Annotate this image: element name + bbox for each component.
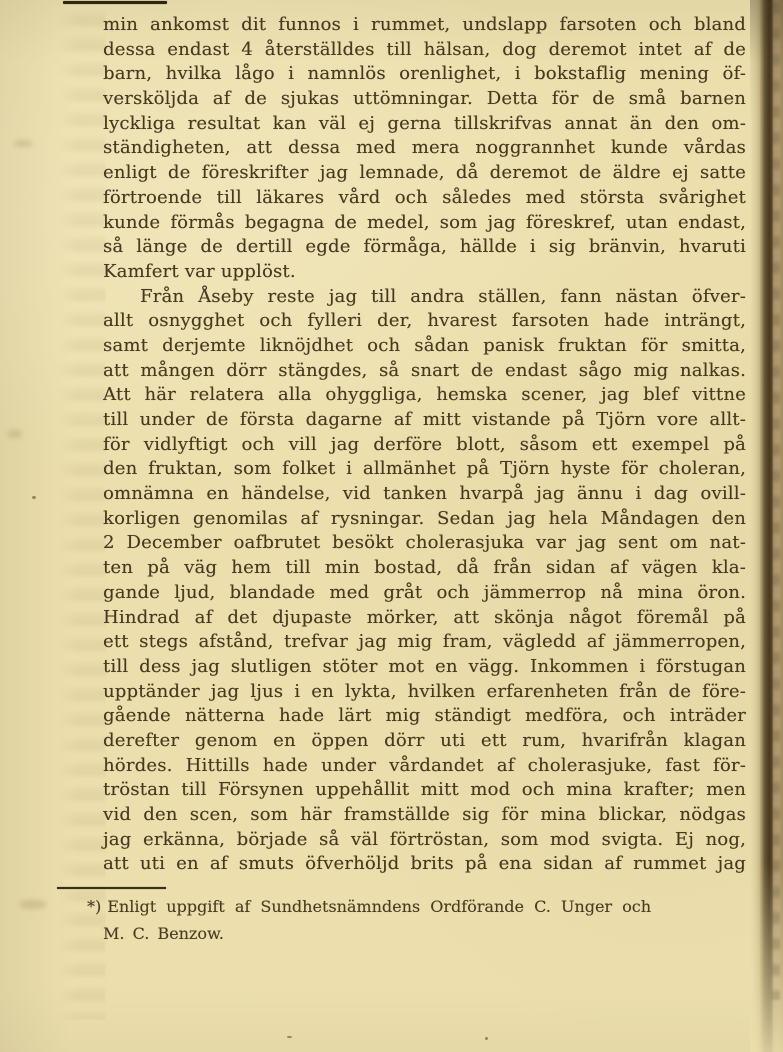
paper-speck	[287, 1036, 292, 1038]
bleed-through-text-ghost	[58, 10, 106, 1020]
body-line: till under de första dagarne af mitt vis…	[103, 408, 746, 433]
top-rule	[63, 1, 167, 4]
body-line: upptänder jag ljus i en lykta, hvilken e…	[103, 680, 746, 705]
body-text: min ankomst dit funnos i rummet, undslap…	[103, 13, 746, 877]
body-line: lyckliga resultat kan väl ej gerna tills…	[103, 112, 746, 137]
body-line: gående nätterna hade lärt mig ständigt m…	[103, 704, 746, 729]
body-line: barn, hvilka lågo i namnlös orenlighet, …	[103, 62, 746, 87]
footnote-text-2: M. C. Benzow.	[103, 920, 747, 947]
body-line: samt derjemte liknöjdhet och sådan panis…	[103, 334, 746, 359]
body-line: så länge de dertill egde förmåga, hällde…	[103, 235, 746, 260]
body-line: kunde förmås begagna de medel, som jag f…	[103, 211, 746, 236]
footnote: *)Enligt uppgift af Sundhetsnämndens Ord…	[87, 893, 747, 947]
scanned-book-page: min ankomst dit funnos i rummet, undslap…	[0, 0, 783, 1052]
body-line: dessa endast 4 återställdes till hälsan,…	[103, 38, 746, 63]
body-line: ett stegs afstånd, trefvar jag mig fram,…	[103, 630, 746, 655]
body-line: att uti en af smuts öfverhöljd brits på …	[103, 852, 746, 877]
body-line: vid den scen, som här framställde sig fö…	[103, 803, 746, 828]
body-line: hördes. Hittills hade under vårdandet af…	[103, 754, 746, 779]
body-line: ständigheten, att dessa med mera noggran…	[103, 136, 746, 161]
bleed-through-blotch	[20, 900, 46, 909]
body-line: enligt de föreskrifter jag lemnade, då d…	[103, 161, 746, 186]
adjacent-page-text-ghost	[772, 0, 780, 1000]
body-line: att mången dörr stängdes, så snart de en…	[103, 359, 746, 384]
footnote-text-1: Enligt uppgift af Sundhetsnämndens Ordfö…	[107, 897, 651, 916]
body-line: till dess jag slutligen stöter mot en vä…	[103, 655, 746, 680]
body-line: jag erkänna, började så väl förtröstan, …	[103, 828, 746, 853]
body-line: gande ljud, blandade med gråt och jämmer…	[103, 581, 746, 606]
body-line: Att här relatera alla ohyggliga, hemska …	[103, 383, 746, 408]
body-line: korligen genomilas af rysningar. Sedan j…	[103, 507, 746, 532]
bleed-through-blotch	[14, 140, 32, 147]
body-line: derefter genom en öppen dörr uti ett rum…	[103, 729, 746, 754]
footnote-line-1: *)Enligt uppgift af Sundhetsnämndens Ord…	[87, 893, 747, 920]
paper-speck	[485, 1037, 488, 1040]
bleed-through-blotch	[8, 430, 22, 438]
body-line: min ankomst dit funnos i rummet, undslap…	[103, 13, 746, 38]
body-line: för vidlyftigt och vill jag derföre blot…	[103, 433, 746, 458]
body-line: versköljda af de sjukas uttömningar. Det…	[103, 87, 746, 112]
paper-speck	[32, 496, 36, 499]
body-line: den fruktan, som folket i allmänhet på T…	[103, 457, 746, 482]
body-line: förtroende till läkares vård och således…	[103, 186, 746, 211]
footnote-separator-rule	[57, 887, 166, 889]
footnote-marker: *)	[87, 897, 101, 916]
body-line: allt osnygghet och fylleri der, hvarest …	[103, 309, 746, 334]
body-line: Hindrad af det djupaste mörker, att skön…	[103, 606, 746, 631]
body-line: omnämna en händelse, vid tanken hvarpå j…	[103, 482, 746, 507]
body-line: tröstan till Försynen uppehållit mitt mo…	[103, 778, 746, 803]
body-line: Från Åseby reste jag till andra ställen,…	[103, 285, 746, 310]
body-line: 2 December oafbrutet besökt cholerasjuka…	[103, 531, 746, 556]
body-line: Kamfert var upplöst.	[103, 260, 746, 285]
body-line: ten på väg hem till min bostad, då från …	[103, 556, 746, 581]
